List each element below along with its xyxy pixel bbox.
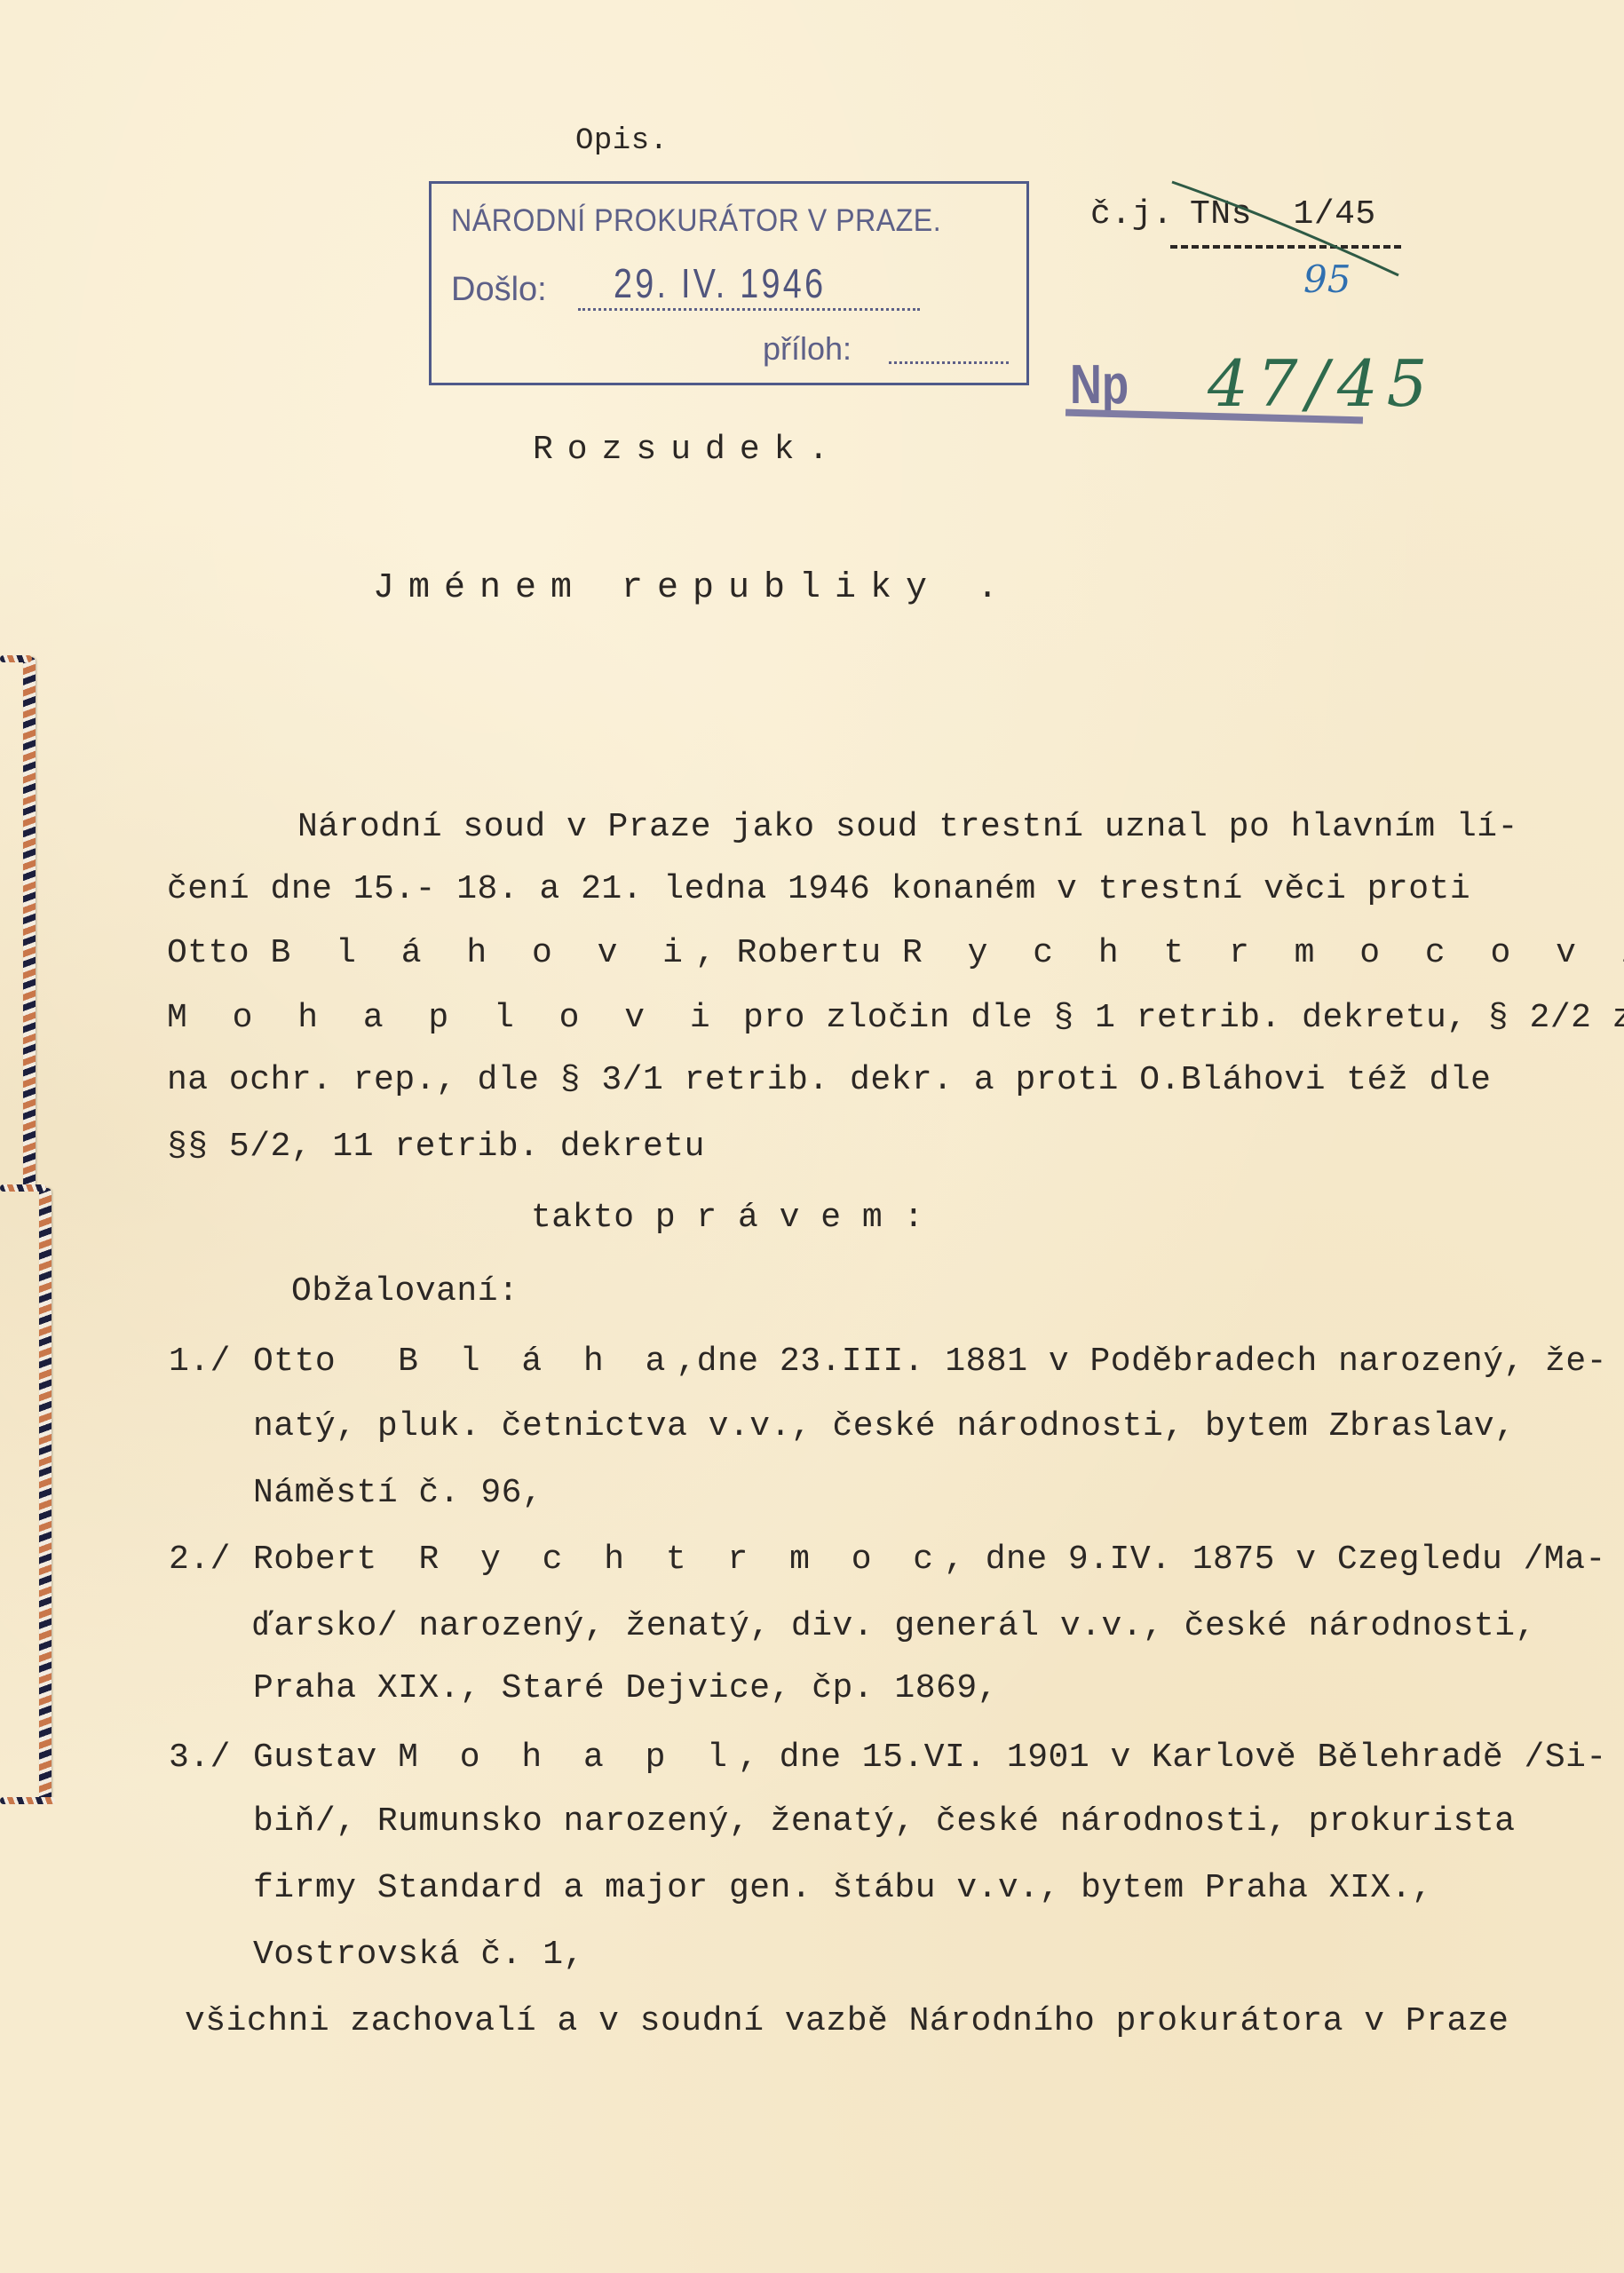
closing-line: všichni zachovalí a v soudní vazbě Národ… [185, 2002, 1509, 2040]
stamp-attachments-line [889, 361, 1009, 364]
reference-label: č.j. [1090, 195, 1173, 234]
binding-thread-stitch [0, 1797, 55, 1804]
accused-detail: firmy Standard a major gen. štábu v.v., … [253, 1869, 1432, 1907]
accused-detail: Praha XIX., Staré Dejvice, čp. 1869, [253, 1669, 998, 1707]
accused-surname: B l á h a [398, 1342, 676, 1381]
verdict-phrase: takto p r á v e m : [531, 1199, 924, 1237]
accused-surname: M o h a p l [398, 1738, 738, 1777]
handwritten-correction: 95 [1303, 257, 1351, 301]
intro-line-4: M o h a p l o v i pro zločin dle § 1 ret… [167, 999, 1624, 1037]
intro-line-2: čení dne 15.- 18. a 21. ledna 1946 konan… [167, 870, 1470, 908]
binding-thread-lower [39, 1188, 51, 1801]
accused-line: Otto B l á h a,dne 23.III. 1881 v Poděbr… [253, 1342, 1607, 1381]
accused-first-name: Robert [253, 1540, 377, 1579]
intro-line-3: Otto Bláhovi, Robertu Rychtrmocovi a Gus… [167, 934, 1624, 972]
stamp-received-label: Došlo: [451, 271, 547, 309]
accused-first-name: Gustav [253, 1738, 377, 1777]
accused-surname: R y c h t r m o c [418, 1540, 944, 1579]
name-rychtrmoc-spaced: R y c h t r m o c o v i [902, 934, 1624, 972]
name-blaha-spaced: B l á h o v i [271, 934, 695, 972]
accused-detail: Náměstí č. 96, [253, 1474, 543, 1512]
accused-detail: biň/, Rumunsko narozený, ženatý, české n… [253, 1802, 1516, 1841]
accused-detail: , dne 9.IV. 1875 v Czegledu /Ma- [944, 1540, 1606, 1579]
accused-detail: natý, pluk. četnictva v.v., české národn… [253, 1407, 1516, 1445]
binding-thread-stitch [0, 1184, 46, 1192]
stamp-date-line [578, 308, 920, 311]
accused-number: 1./ [169, 1342, 231, 1381]
np-handwritten-number: 47/45 [1208, 346, 1437, 421]
accused-heading: Obžalovaní: [291, 1272, 519, 1311]
binding-thread-stitch [0, 655, 32, 662]
strike-through-line [1168, 173, 1416, 280]
accused-number: 2./ [169, 1540, 231, 1579]
document-title: Rozsudek. [533, 431, 843, 469]
accused-detail: , dne 15.VI. 1901 v Karlově Bělehradě /S… [738, 1738, 1607, 1777]
received-stamp: NÁRODNÍ PROKURÁTOR V PRAZE. Došlo: 29. I… [429, 181, 1029, 385]
stamp-title: NÁRODNÍ PROKURÁTOR V PRAZE. [451, 203, 941, 239]
intro-line-6: §§ 5/2, 11 retrib. dekretu [167, 1128, 705, 1166]
stamp-attachments-label: příloh: [763, 330, 852, 368]
accused-line: Gustav M o h a p l, dne 15.VI. 1901 v Ka… [253, 1738, 1607, 1777]
accused-detail: ,dne 23.III. 1881 v Poděbradech narozený… [676, 1342, 1607, 1381]
accused-line: Robert R y c h t r m o c, dne 9.IV. 1875… [253, 1540, 1606, 1579]
intro-line-1: Národní soud v Praze jako soud trestní u… [297, 808, 1518, 846]
copy-label: Opis. [575, 124, 669, 158]
accused-detail: ďarsko/ narozený, ženatý, div. generál v… [253, 1607, 1536, 1645]
binding-thread-upper [23, 657, 36, 1190]
np-stamp: Np [1070, 353, 1129, 416]
document-subtitle: Jménem republiky . [373, 568, 1012, 608]
accused-first-name: Otto [253, 1342, 336, 1381]
name-mohapl-spaced: M o h a p l o v i [167, 999, 723, 1037]
accused-detail: Vostrovská č. 1, [253, 1936, 584, 1974]
intro-line-5: na ochr. rep., dle § 3/1 retrib. dekr. a… [167, 1061, 1491, 1099]
accused-number: 3./ [169, 1738, 231, 1777]
stamp-received-date: 29. IV. 1946 [614, 259, 826, 307]
